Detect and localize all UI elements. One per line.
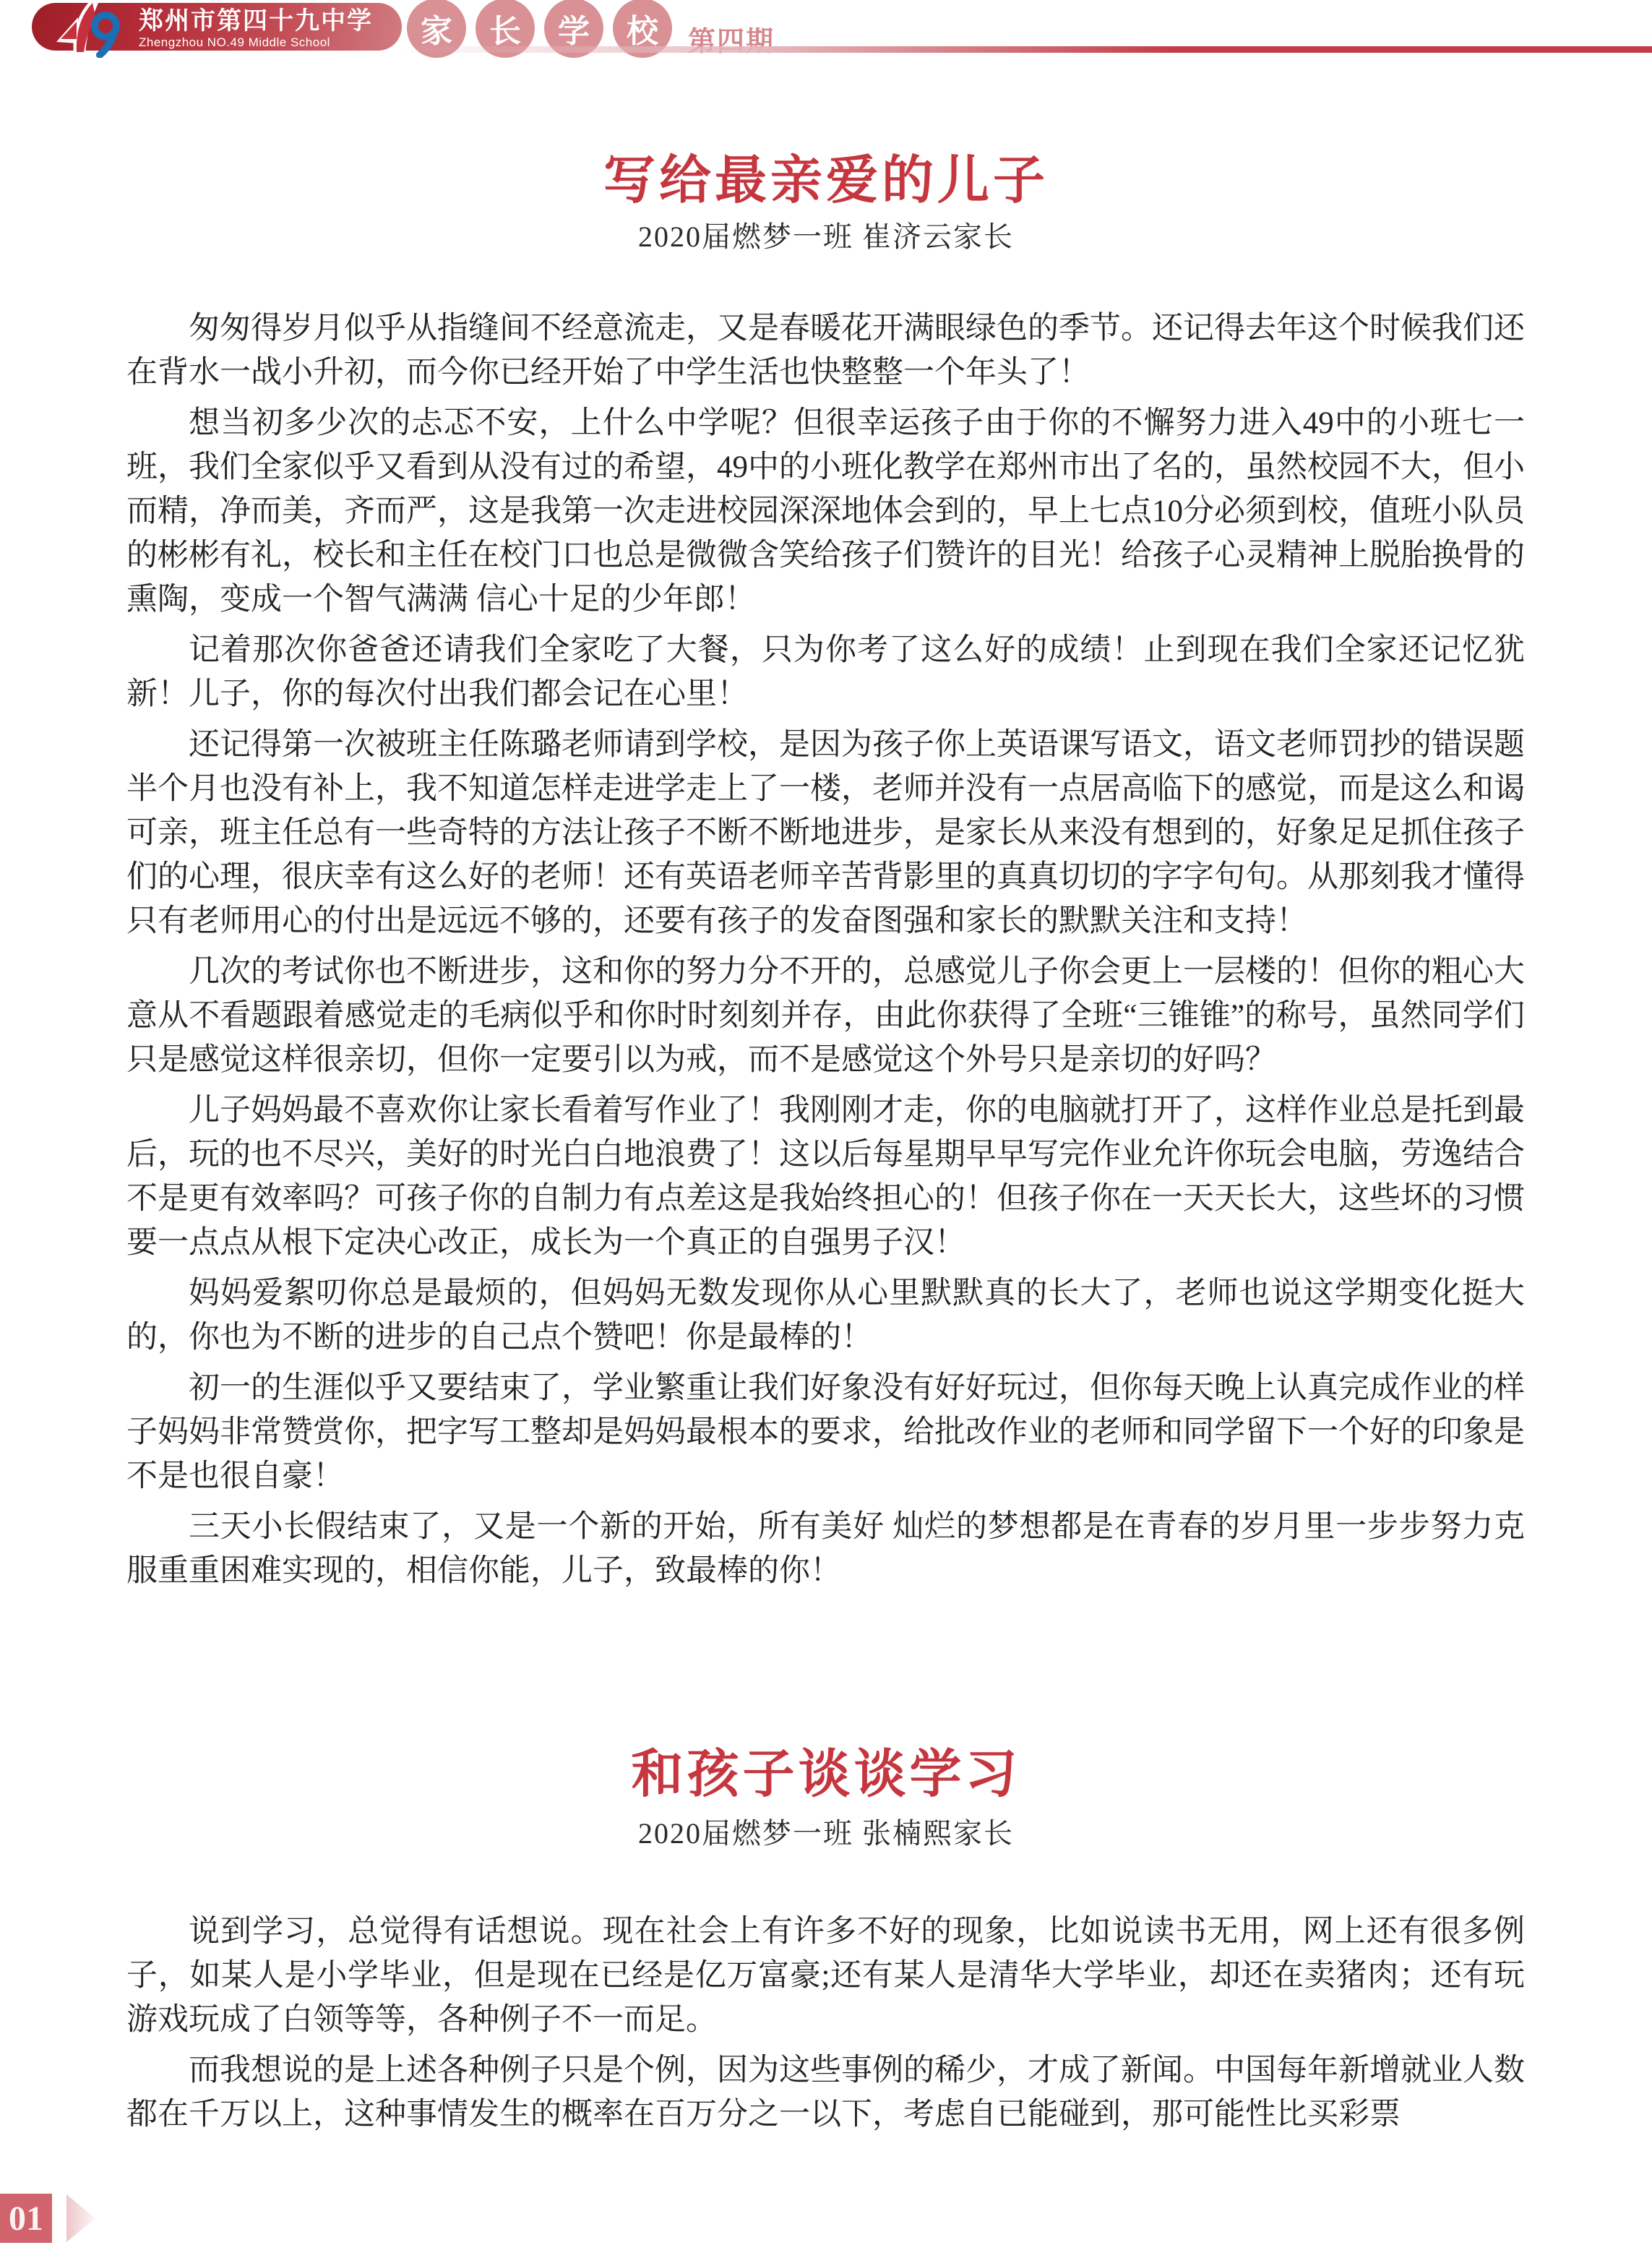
paragraph: 三天小长假结束了，又是一个新的开始，所有美好 灿烂的梦想都是在青春的岁月里一步步…	[126, 1505, 1525, 1593]
article-1-byline: 2020届燃梦一班 崔济云家长	[0, 219, 1652, 255]
paragraph: 匆匆得岁月似乎从指缝间不经意流走，又是春暖花开满眼绿色的季节。还记得去年这个时候…	[126, 306, 1525, 395]
header-rule	[402, 46, 1652, 53]
paragraph: 而我想说的是上述各种例子只是个例，因为这些事例的稀少，才成了新闻。中国每年新增就…	[126, 2048, 1525, 2137]
footer-arrow-icon	[66, 2194, 95, 2242]
school-name-en: Zhengzhou NO.49 Middle School	[139, 35, 373, 50]
paragraph: 妈妈爱絮叨你总是最烦的，但妈妈无数发现你从心里默默真的长大了，老师也说这学期变化…	[126, 1271, 1525, 1360]
article-1-title: 写给最亲爱的儿子	[0, 148, 1652, 213]
paragraph: 说到学习，总觉得有话想说。现在社会上有许多不好的现象，比如说读书无用，网上还有很…	[126, 1910, 1525, 2042]
paragraph: 几次的考试你也不断进步，这和你的努力分不开的，总感觉儿子你会更上一层楼的！但你的…	[126, 950, 1525, 1082]
paragraph: 还记得第一次被班主任陈璐老师请到学校，是因为孩子你上英语课写语文，语文老师罚抄的…	[126, 723, 1525, 943]
paragraph: 初一的生涯似乎又要结束了，学业繁重让我们好象没有好好玩过，但你每天晚上认真完成作…	[126, 1366, 1525, 1498]
paragraph: 儿子妈妈最不喜欢你让家长看着写作业了！我刚刚才走，你的电脑就打开了，这样作业总是…	[126, 1089, 1525, 1265]
header-bar: 郑州市第四十九中学 Zhengzhou NO.49 Middle School	[32, 3, 402, 51]
article-2-body: 说到学习，总觉得有话想说。现在社会上有许多不好的现象，比如说读书无用，网上还有很…	[126, 1910, 1525, 2143]
article-1-body: 匆匆得岁月似乎从指缝间不经意流走，又是春暖花开满眼绿色的季节。还记得去年这个时候…	[126, 306, 1525, 1600]
article-2-byline: 2020届燃梦一班 张楠熙家长	[0, 1816, 1652, 1852]
paragraph: 记着那次你爸爸还请我们全家吃了大餐，只为你考了这么好的成绩！止到现在我们全家还记…	[126, 628, 1525, 716]
paragraph: 想当初多少次的忐忑不安，上什么中学呢？但很幸运孩子由于你的不懈努力进入49中的小…	[126, 401, 1525, 622]
school-names: 郑州市第四十九中学 Zhengzhou NO.49 Middle School	[139, 8, 373, 50]
newsletter-page: 郑州市第四十九中学 Zhengzhou NO.49 Middle School …	[0, 0, 1652, 2245]
article-2-title: 和孩子谈谈学习	[0, 1742, 1652, 1807]
school-name-cn: 郑州市第四十九中学	[139, 8, 373, 35]
school-logo-icon	[49, 0, 130, 58]
page-number: 01	[0, 2194, 52, 2243]
